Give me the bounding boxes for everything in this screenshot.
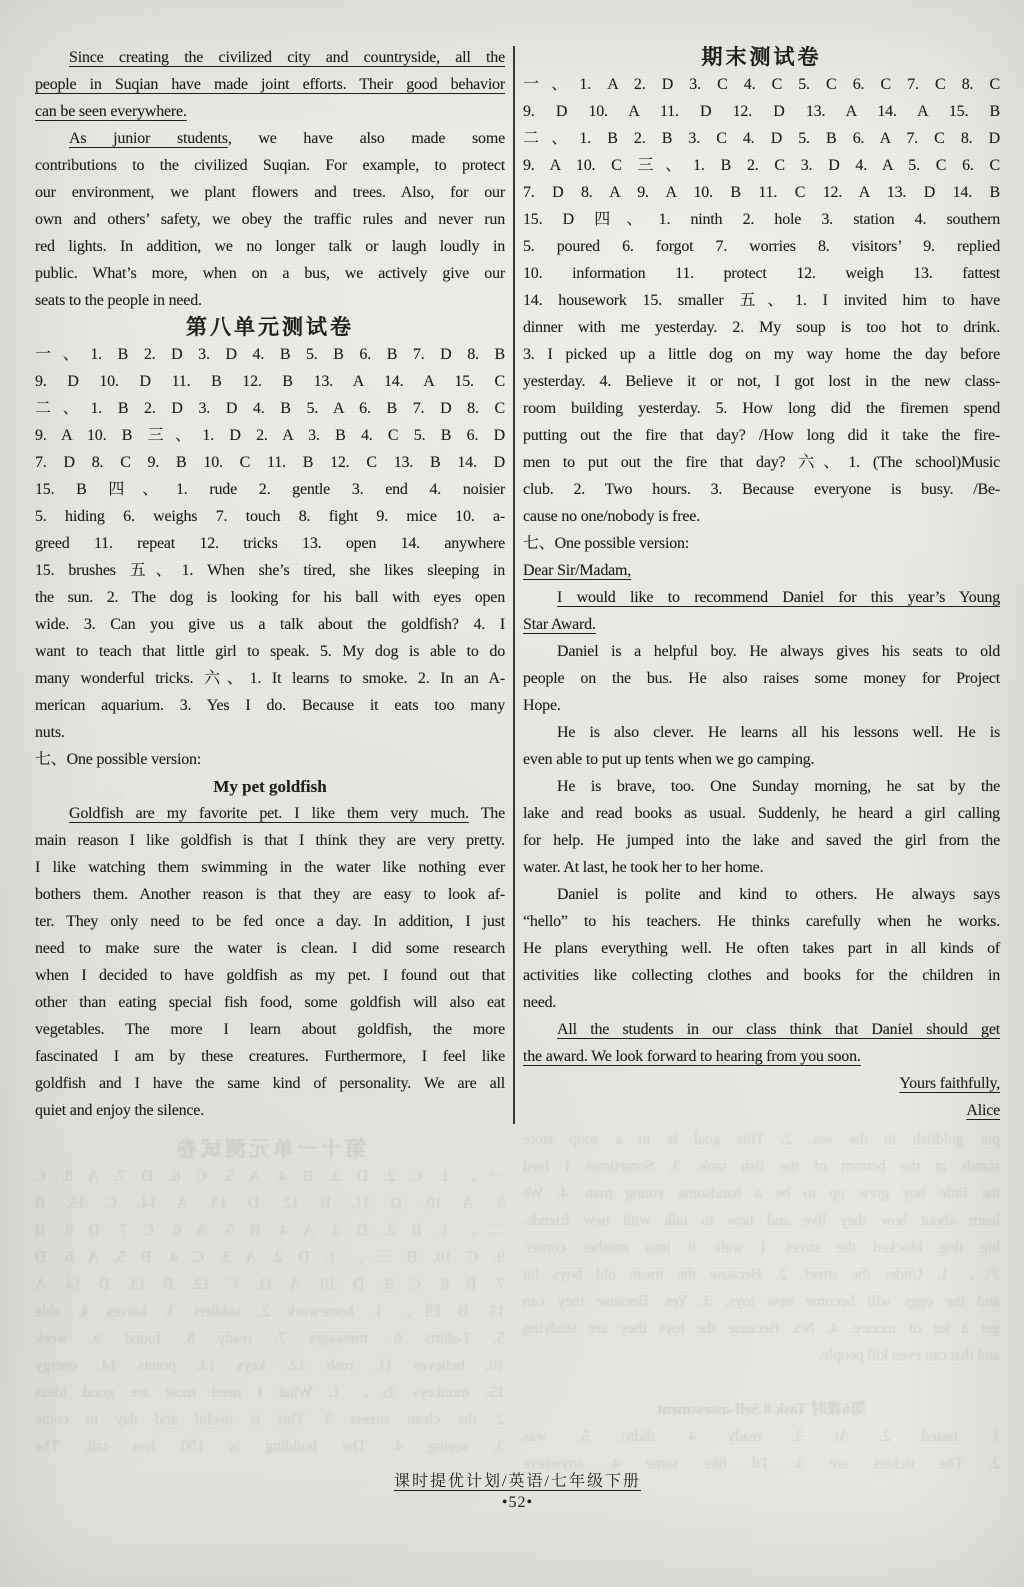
text-line: even able to put up tents when we go cam… bbox=[523, 746, 1000, 773]
text-line: dinner with me yesterday. 2. My soup is … bbox=[523, 314, 1000, 341]
text-line: quiet and enjoy the silence. bbox=[35, 1097, 505, 1124]
text-line: Daniel is polite and kind to others. He … bbox=[523, 881, 1000, 908]
text-line: Dear Sir/Madam, bbox=[523, 557, 1000, 584]
column-divider-rule bbox=[513, 46, 515, 1124]
text-line: yesterday. 4. Believe it or not, I got l… bbox=[523, 368, 1000, 395]
underlined-text: the award. We look forward to hearing fr… bbox=[523, 1048, 861, 1065]
text-line: 一、1. B 2. D 3. D 4. B 5. B 6. B 7. D 8. … bbox=[35, 341, 505, 368]
text-line: 六、1. Under the street. 2. Because the me… bbox=[523, 1261, 1000, 1288]
text-line: 7. D 8. C 9. B 10. C 11. B 12. C 13. B 1… bbox=[35, 449, 505, 476]
text-line: 七、One possible version: bbox=[35, 746, 505, 773]
text-line: 10. believes 11. rush 12. keys 13. point… bbox=[35, 1352, 505, 1379]
page-number: •52• bbox=[35, 1491, 1000, 1515]
underlined-text: people in Suqian have made joint efforts… bbox=[35, 76, 505, 93]
text-line: when I decided to have goldfish as my pe… bbox=[35, 962, 505, 989]
text-line: want to teach that little girl to speak.… bbox=[35, 638, 505, 665]
text-line: nuts. bbox=[35, 719, 505, 746]
text-line bbox=[523, 1369, 1000, 1396]
text-line: 5. poured 6. forgot 7. worries 8. visito… bbox=[523, 233, 1000, 260]
text-line: 15. B 四、1. homework 2. soldiers 3. knive… bbox=[35, 1298, 505, 1325]
unit8-answer-key: 一、1. B 2. D 3. D 4. B 5. B 6. B 7. D 8. … bbox=[35, 341, 505, 773]
unit8-test-title: 第八单元测试卷 bbox=[35, 314, 505, 341]
text-line: 7. B 8. C 9. D 10. A 11. C 12. B 13. D 1… bbox=[35, 1271, 505, 1298]
text-line: I would like to recommend Daniel for thi… bbox=[523, 584, 1000, 611]
text-line: He is also clever. He learns all his les… bbox=[523, 719, 1000, 746]
text-line: 9. A 10. C 三、1. B 2. C 3. D 4. A 5. C 6.… bbox=[523, 152, 1000, 179]
text-line: 一、1. A 2. D 3. C 4. C 5. C 6. C 7. C 8. … bbox=[523, 71, 1000, 98]
text-line: He is brave, too. One Sunday morning, he… bbox=[523, 773, 1000, 800]
underlined-text: can be seen everywhere. bbox=[35, 103, 187, 120]
text-line: merican aquarium. 3. Yes I do. Because i… bbox=[35, 692, 505, 719]
text-line: 9. A 10. D 11. B 12. D 13. A 14. C 15. B bbox=[35, 1190, 505, 1217]
page-footer: 课时提优计划/英语/七年级下册 •52• bbox=[35, 1468, 1000, 1515]
underlined-text: Goldfish are my favorite pet. I like the… bbox=[69, 805, 469, 822]
right-column: 期末测试卷 一、1. A 2. D 3. C 4. C 5. C 6. C 7.… bbox=[523, 44, 1000, 1124]
text-line: goldfish and I have the same kind of per… bbox=[35, 1070, 505, 1097]
text-line: other than eating special fish food, som… bbox=[35, 989, 505, 1016]
text-line: 9. D 10. A 11. D 12. D 13. A 14. A 15. B bbox=[523, 98, 1000, 125]
text-line: need. bbox=[523, 989, 1000, 1016]
text-line: cause no one/nobody is free. bbox=[523, 503, 1000, 530]
text-line: Hope. bbox=[523, 692, 1000, 719]
text-line: 9. C 10. B 三、1. D 2. A 3. C 4. B 5. A 6.… bbox=[35, 1244, 505, 1271]
text-line: wide. 3. Can you give us a talk about th… bbox=[35, 611, 505, 638]
text-line: activities like collecting clothes and b… bbox=[523, 962, 1000, 989]
text-line: fascinated I am by these creatures. Furt… bbox=[35, 1043, 505, 1070]
text-line: 2. the clean streets 3. This is useful a… bbox=[35, 1406, 505, 1433]
text-line: water. At last, he took her to her home. bbox=[523, 854, 1000, 881]
text-line: ter. They only need to be fed once a day… bbox=[35, 908, 505, 935]
book-title: 课时提优计划/英语/七年级下册 bbox=[394, 1473, 641, 1490]
text-line: the sun. 2. The dog is looking for his b… bbox=[35, 584, 505, 611]
goldfish-essay-title: My pet goldfish bbox=[35, 773, 505, 800]
text-line: own and others’ safety, we obey the traf… bbox=[35, 206, 505, 233]
text-line: for help. He jumped into the lake and sa… bbox=[523, 827, 1000, 854]
scanned-answer-page: Since creating the civilized city and co… bbox=[0, 0, 1024, 1587]
bleedthrough-text-left: 第十一单元测试卷一、1. C 2. D 3. B 4. A 5. C 6. D … bbox=[35, 1136, 505, 1460]
text-line: stands at the bottom of the fish tank. 3… bbox=[523, 1153, 1000, 1180]
text-line: 第6课时 Task 8 Self-assessment bbox=[523, 1396, 1000, 1423]
text-line: 10. information 11. protect 12. weigh 13… bbox=[523, 260, 1000, 287]
text-line: 15. brushes 五、1. When she’s tired, she l… bbox=[35, 557, 505, 584]
text-line: 第十一单元测试卷 bbox=[35, 1136, 505, 1163]
text-line: I like watching them swimming in the wat… bbox=[35, 854, 505, 881]
text-line: contributions to the civilized Suqian. F… bbox=[35, 152, 505, 179]
text-line: room building yesterday. 5. How long did… bbox=[523, 395, 1000, 422]
underlined-text: Since creating the civilized city and co… bbox=[69, 49, 505, 66]
text-line: 7. D 8. A 9. A 10. B 11. C 12. A 13. D 1… bbox=[523, 179, 1000, 206]
text-line: 七、One possible version: bbox=[523, 530, 1000, 557]
text-line: 9. D 10. D 11. B 12. B 13. A 14. A 15. C bbox=[35, 368, 505, 395]
text-line: 1. tasted 2. At 3. ready 4. didn't 5. wa… bbox=[523, 1423, 1000, 1450]
text-line: seats to the people in need. bbox=[35, 287, 505, 314]
text-line: As junior students, we have also made so… bbox=[35, 125, 505, 152]
underlined-text: Yours faithfully, bbox=[899, 1075, 1000, 1092]
text-line: need to make sure the water is clean. I … bbox=[35, 935, 505, 962]
text-line: 3. seeing 4. The building is 150 feet ta… bbox=[35, 1433, 505, 1460]
text-line: get a lot of money. 4. No. Because the t… bbox=[523, 1315, 1000, 1342]
text-line: 14. housework 15. smaller 五、1. I invited… bbox=[523, 287, 1000, 314]
underlined-text: Star Award. bbox=[523, 616, 596, 633]
text-line: 5. T-shirts 6. messages 7. ready 8. foun… bbox=[35, 1325, 505, 1352]
text-line: greed 11. repeat 12. tricks 13. open 14.… bbox=[35, 530, 505, 557]
text-line: can be seen everywhere. bbox=[35, 98, 505, 125]
text-line: 二、1. B 2. B 3. C 4. D 5. B 6. A 7. C 8. … bbox=[523, 125, 1000, 152]
final-test-title: 期末测试卷 bbox=[523, 44, 1000, 71]
left-column: Since creating the civilized city and co… bbox=[35, 44, 505, 1124]
text-line: 5. hiding 6. weighs 7. touch 8. fight 9.… bbox=[35, 503, 505, 530]
underlined-text: All the students in our class think that… bbox=[557, 1021, 1000, 1038]
text-line: Daniel is a helpful boy. He always gives… bbox=[523, 638, 1000, 665]
underlined-text: Alice bbox=[966, 1102, 1000, 1119]
text-line: lake and read books as usual. Suddenly, … bbox=[523, 800, 1000, 827]
goldfish-essay-body: Goldfish are my favorite pet. I like the… bbox=[35, 800, 505, 1124]
text-line: the award. We look forward to hearing fr… bbox=[523, 1043, 1000, 1070]
underlined-text: I would like to recommend Daniel for thi… bbox=[557, 589, 1000, 606]
text-line: and the eggs will become new toys. 3. Ye… bbox=[523, 1288, 1000, 1315]
text-line: our environment, we plant flowers and tr… bbox=[35, 179, 505, 206]
text-line: 一、1. C 2. D 3. B 4. A 5. C 6. D 7. A 8. … bbox=[35, 1163, 505, 1190]
text-line: and that can even kill people. bbox=[523, 1342, 1000, 1369]
final-answer-key: 一、1. A 2. D 3. C 4. C 5. C 6. C 7. C 8. … bbox=[523, 71, 1000, 557]
text-line: club. 2. Two hours. 3. Because everyone … bbox=[523, 476, 1000, 503]
text-line: putting out the fire that day? /How long… bbox=[523, 422, 1000, 449]
essay-continuation-civilized-city: Since creating the civilized city and co… bbox=[35, 44, 505, 314]
underlined-text: As junior students bbox=[69, 130, 228, 147]
text-line: “hello” to his teachers. He thinks caref… bbox=[523, 908, 1000, 935]
underlined-text: Dear Sir/Madam, bbox=[523, 562, 631, 579]
text-line: the little boy grew up to be a handsome … bbox=[523, 1180, 1000, 1207]
text-line: vegetables. The more I learn about goldf… bbox=[35, 1016, 505, 1043]
text-line: main reason I like goldfish is that I th… bbox=[35, 827, 505, 854]
text-line: 9. A 10. B 三、1. D 2. A 3. B 4. C 5. B 6.… bbox=[35, 422, 505, 449]
text-line: many wonderful tricks. 六、1. It learns to… bbox=[35, 665, 505, 692]
text-line: big dog blocked the street. I walk it in… bbox=[523, 1234, 1000, 1261]
text-line: red lights. In addition, we no longer ta… bbox=[35, 233, 505, 260]
text-line: learn about how they live and how to tal… bbox=[523, 1207, 1000, 1234]
text-line: bothers them. Another reason is that the… bbox=[35, 881, 505, 908]
text-line: Since creating the civilized city and co… bbox=[35, 44, 505, 71]
text-line: 二、1. B 2. D 3. A 4. B 5. A 6. C 7. D 8. … bbox=[35, 1217, 505, 1244]
text-line: people in Suqian have made joint efforts… bbox=[35, 71, 505, 98]
text-line: public. What’s more, when on a bus, we a… bbox=[35, 260, 505, 287]
text-line: 15. B 四、1. rude 2. gentle 3. end 4. nois… bbox=[35, 476, 505, 503]
text-line: Goldfish are my favorite pet. I like the… bbox=[35, 800, 505, 827]
text-line: Alice bbox=[523, 1097, 1000, 1124]
text-line: 15. monkeys 五、1. What I need most are go… bbox=[35, 1379, 505, 1406]
text-line: 15. D 四、1. ninth 2. hole 3. station 4. s… bbox=[523, 206, 1000, 233]
text-line: men to put out the fire that day? 六、1. (… bbox=[523, 449, 1000, 476]
text-line: 3. I picked up a little dog on my way ho… bbox=[523, 341, 1000, 368]
text-line: All the students in our class think that… bbox=[523, 1016, 1000, 1043]
text-line: 二、1. B 2. D 3. D 4. B 5. A 6. B 7. D 8. … bbox=[35, 395, 505, 422]
text-line: put goldfish in the sea. 2. This goal is… bbox=[523, 1126, 1000, 1153]
recommendation-letter: Dear Sir/Madam,I would like to recommend… bbox=[523, 557, 1000, 1124]
text-line: Yours faithfully, bbox=[523, 1070, 1000, 1097]
text-line: people on the bus. He also raises some m… bbox=[523, 665, 1000, 692]
text-line: He plans everything well. He often takes… bbox=[523, 935, 1000, 962]
text-line: Star Award. bbox=[523, 611, 1000, 638]
bleedthrough-text-right: put goldfish in the sea. 2. This goal is… bbox=[523, 1126, 1000, 1477]
